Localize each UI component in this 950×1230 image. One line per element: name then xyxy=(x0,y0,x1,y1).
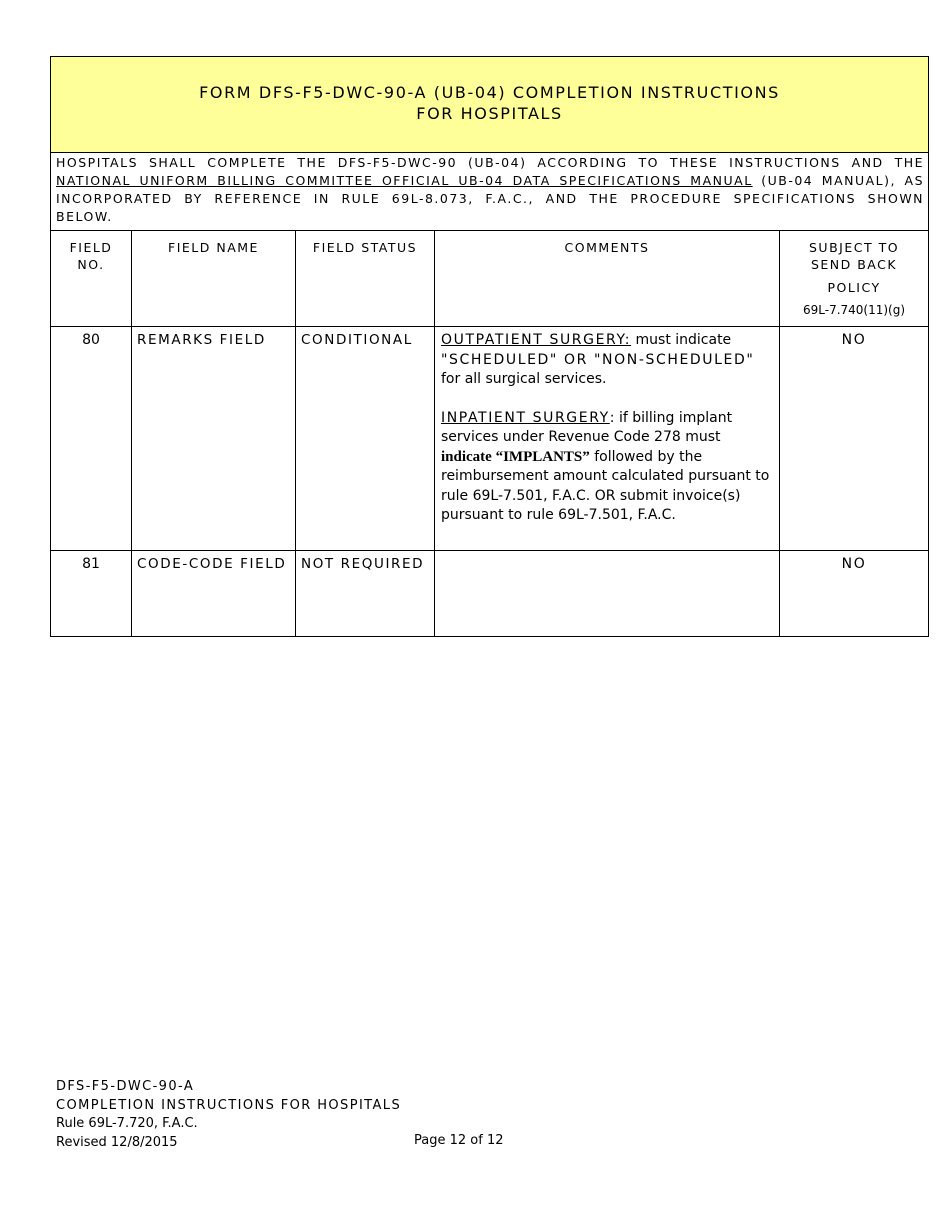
intro-paragraph-cell: HOSPITALS SHALL COMPLETE THE DFS-F5-DWC-… xyxy=(51,153,929,231)
field-status-cell: CONDITIONAL xyxy=(296,327,435,551)
send-back-cell: NO xyxy=(780,327,929,551)
header-field-name: FIELD NAME xyxy=(132,231,296,327)
header-send-back-policy: SUBJECT TO SEND BACK POLICY 69L-7.740(11… xyxy=(780,231,929,327)
comments-text: OUTPATIENT SURGERY: must indicate "SCHED… xyxy=(435,327,779,526)
footer-rule: Rule 69L-7.720, F.A.C. xyxy=(56,1115,401,1134)
inpatient-surgery-paragraph: INPATIENT SURGERY: if billing implant se… xyxy=(441,409,773,526)
policy-rule-reference: 69L-7.740(11)(g) xyxy=(780,302,928,319)
header-field-status: FIELD STATUS xyxy=(296,231,435,327)
send-back-label: SUBJECT TO SEND BACK xyxy=(780,239,928,273)
policy-label: POLICY xyxy=(780,279,928,296)
column-header-row: FIELD NO. FIELD NAME FIELD STATUS COMMEN… xyxy=(51,231,929,327)
field-name-cell: CODE-CODE FIELD xyxy=(132,551,296,637)
page-number: Page 12 of 12 xyxy=(414,1133,503,1148)
footer-form-id: DFS-F5-DWC-90-A xyxy=(56,1078,401,1097)
header-field-no: FIELD NO. xyxy=(51,231,132,327)
field-no-cell: 81 xyxy=(51,551,132,637)
table-row: 80 REMARKS FIELD CONDITIONAL OUTPATIENT … xyxy=(51,327,929,551)
document-page: FORM DFS-F5-DWC-90-A (UB-04) COMPLETION … xyxy=(0,0,950,1230)
intro-paragraph: HOSPITALS SHALL COMPLETE THE DFS-F5-DWC-… xyxy=(51,153,928,226)
form-title-banner: FORM DFS-F5-DWC-90-A (UB-04) COMPLETION … xyxy=(51,57,929,153)
footer-revised-date: Revised 12/8/2015 xyxy=(56,1134,401,1153)
instructions-table: FORM DFS-F5-DWC-90-A (UB-04) COMPLETION … xyxy=(50,56,929,637)
intro-text-part1: HOSPITALS SHALL COMPLETE THE DFS-F5-DWC-… xyxy=(56,155,924,170)
outpatient-surgery-paragraph: OUTPATIENT SURGERY: must indicate "SCHED… xyxy=(441,331,773,390)
footer-form-title: COMPLETION INSTRUCTIONS FOR HOSPITALS xyxy=(56,1097,401,1116)
page-footer: DFS-F5-DWC-90-A COMPLETION INSTRUCTIONS … xyxy=(56,1078,401,1152)
table-row: 81 CODE-CODE FIELD NOT REQUIRED NO xyxy=(51,551,929,637)
ub04-manual-reference: NATIONAL UNIFORM BILLING COMMITTEE OFFIC… xyxy=(56,173,753,188)
header-comments: COMMENTS xyxy=(435,231,780,327)
field-name-cell: REMARKS FIELD xyxy=(132,327,296,551)
field-status-cell: NOT REQUIRED xyxy=(296,551,435,637)
comments-cell xyxy=(435,551,780,637)
form-title-line1: FORM DFS-F5-DWC-90-A (UB-04) COMPLETION … xyxy=(51,82,928,103)
send-back-cell: NO xyxy=(780,551,929,637)
comments-cell: OUTPATIENT SURGERY: must indicate "SCHED… xyxy=(435,327,780,551)
form-title-line2: FOR HOSPITALS xyxy=(51,103,928,124)
field-no-cell: 80 xyxy=(51,327,132,551)
form-title: FORM DFS-F5-DWC-90-A (UB-04) COMPLETION … xyxy=(51,57,928,124)
